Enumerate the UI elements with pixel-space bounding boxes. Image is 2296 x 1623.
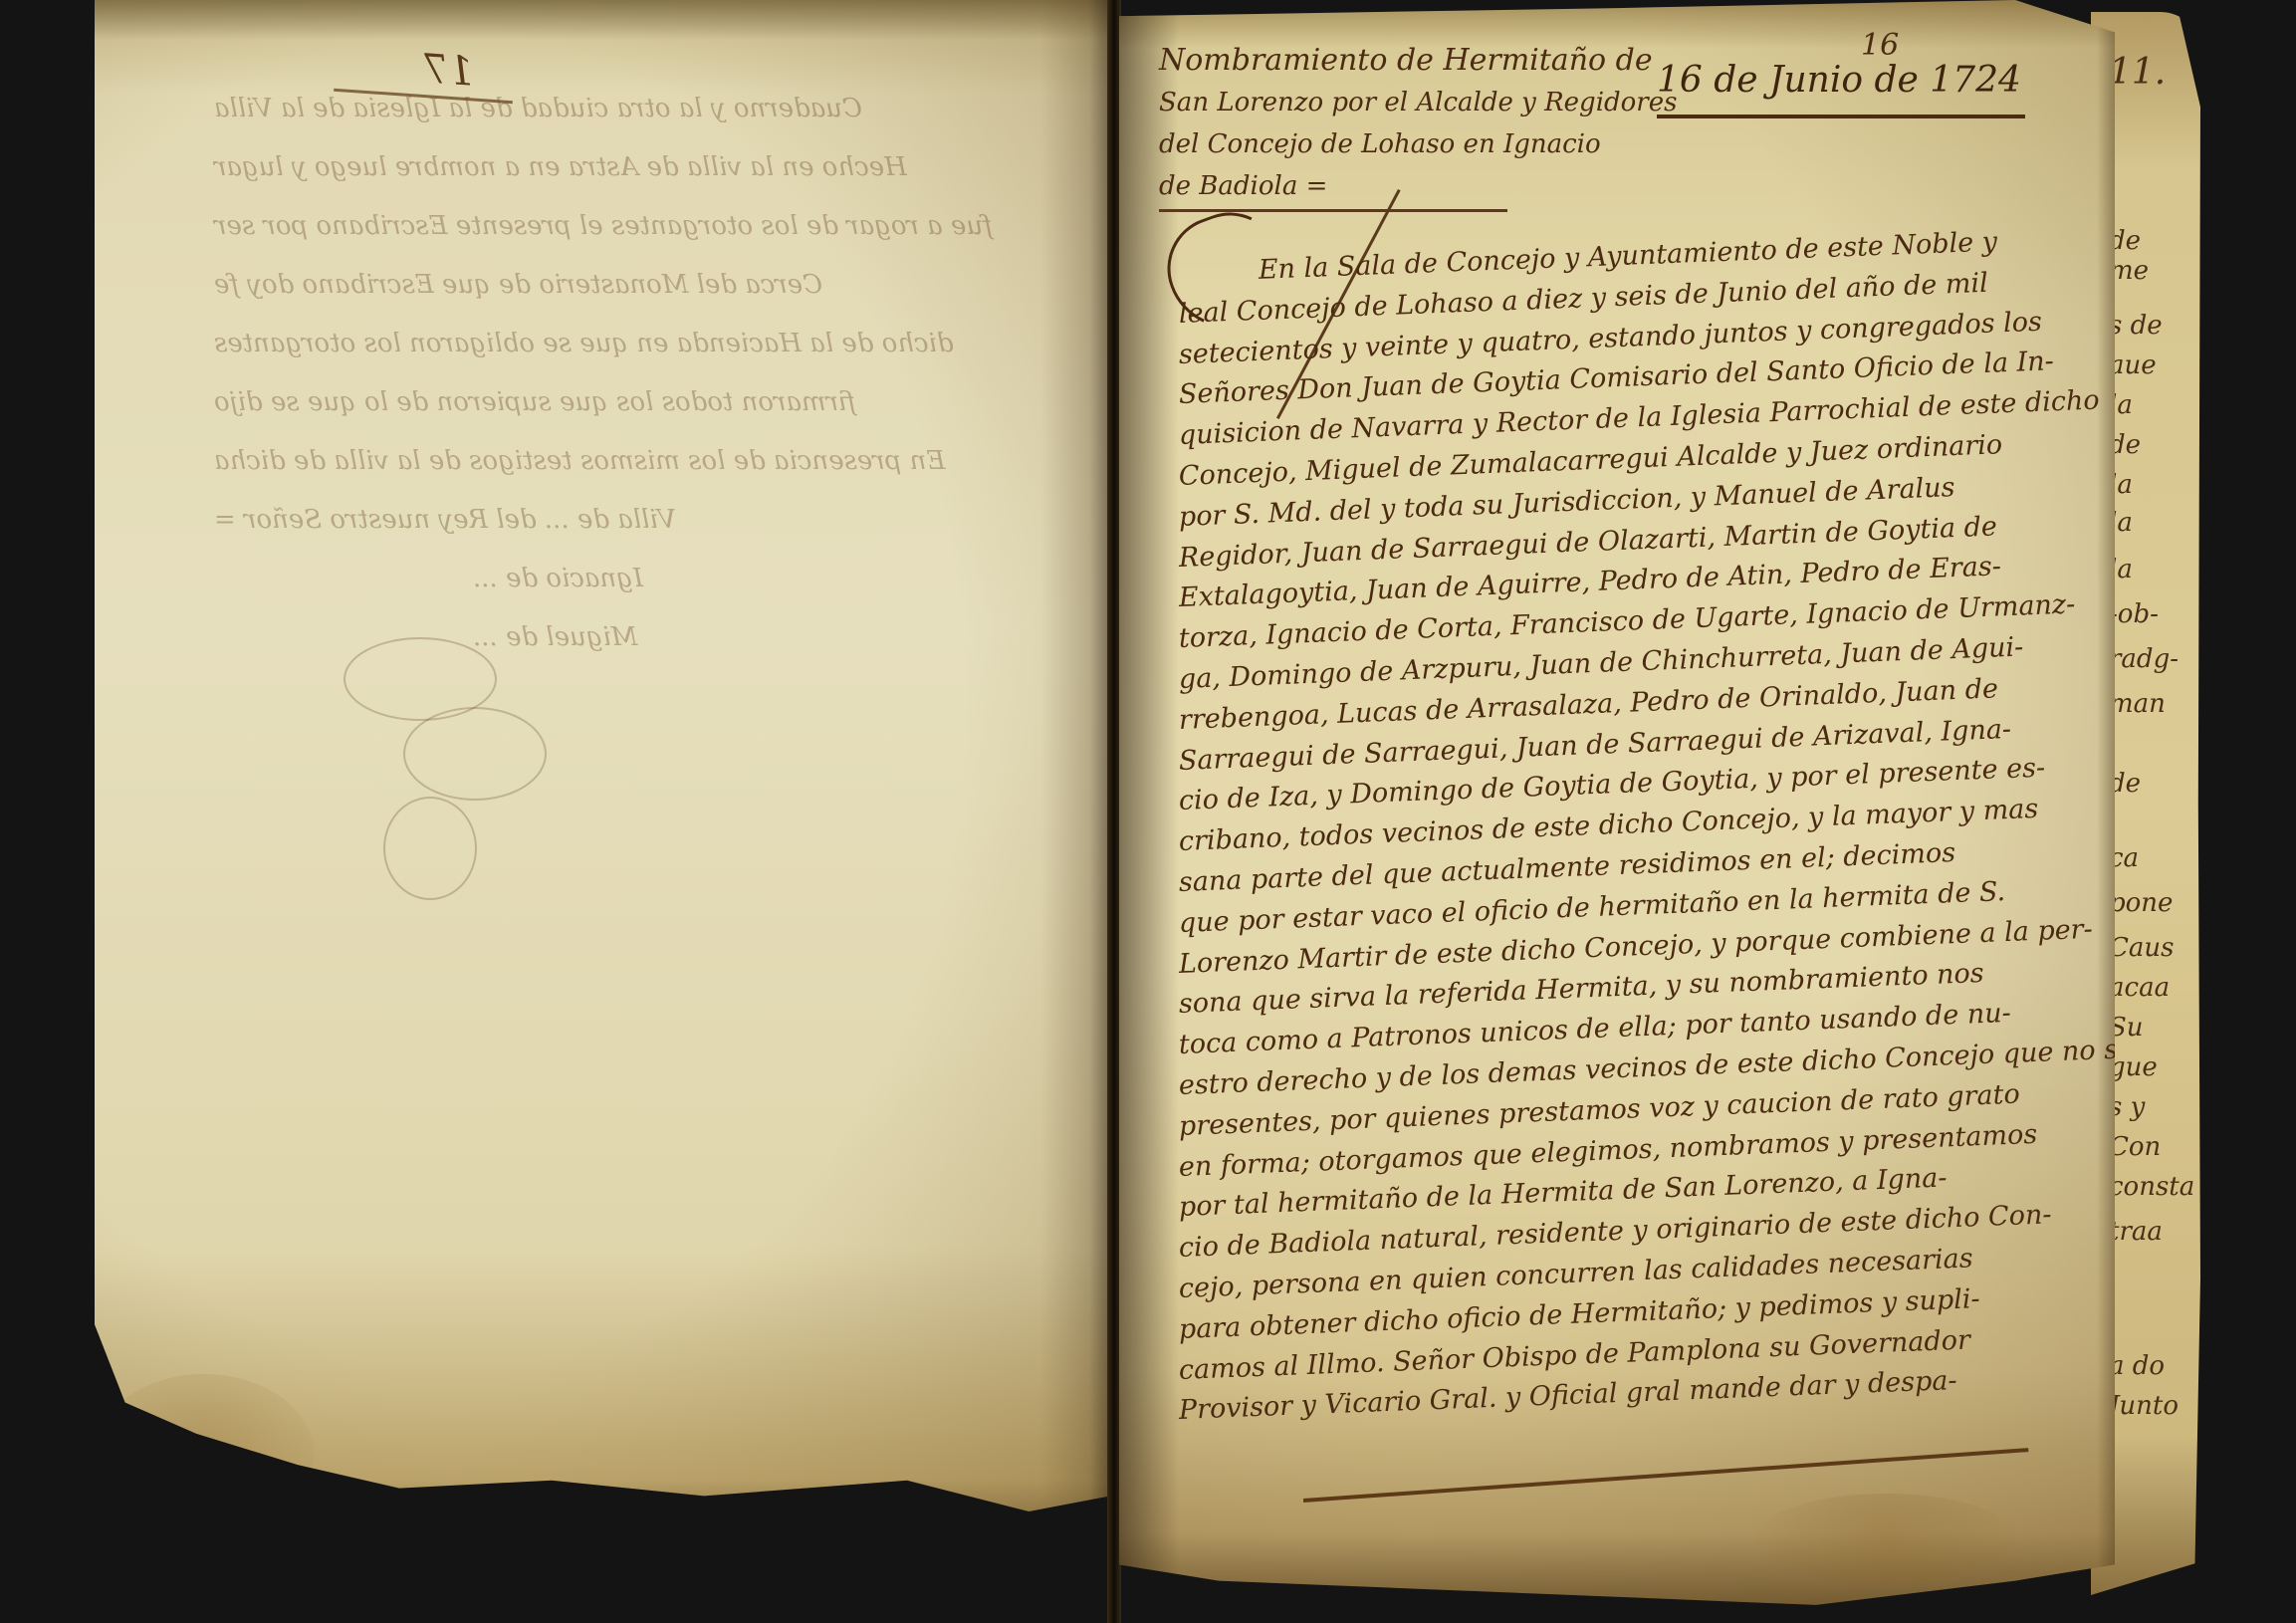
fragment: a do [2109, 1351, 2165, 1381]
document-body: En la Sala de Concejo y Ayuntamiento de … [1179, 254, 2075, 1432]
bleed-line: firmaron todos los que supieron de lo qu… [214, 373, 1050, 432]
fragment: acaa [2109, 973, 2170, 1003]
date-superscript: 16 [1861, 28, 1899, 63]
fragment: consta [2109, 1172, 2194, 1202]
bleed-line: En presencia de los mismos testigos de l… [214, 432, 1050, 491]
fragment: pone [2109, 888, 2173, 918]
fragment: Junto [2109, 1391, 2179, 1421]
water-stain [1756, 1494, 2015, 1583]
header-title-line: de Badiola = [1159, 165, 1637, 207]
fragment: -ob- [2109, 599, 2159, 629]
water-stain [95, 1374, 314, 1533]
document-header: Nombramiento de Hermitaño de San Lorenzo… [1159, 40, 1637, 207]
fragment: traa [2109, 1217, 2163, 1247]
header-title-line: Nombramiento de Hermitaño de [1159, 40, 1637, 82]
right-page: Nombramiento de Hermitaño de San Lorenzo… [1119, 0, 2115, 1613]
date-underline [1657, 115, 2025, 118]
fragment: Caus [2109, 933, 2174, 963]
header-underline [1159, 209, 1507, 212]
bleed-line: dicho de la Hacienda en que se obligaron… [214, 315, 1050, 373]
fragment: man [2109, 689, 2166, 719]
manuscript-spread: 17 Cuaderno y la otra ciudad de la Igles… [0, 0, 2296, 1623]
bleed-line: Cerca del Monasterio de que Escribano do… [214, 256, 1050, 315]
fragment: Con [2109, 1132, 2161, 1162]
book-gutter [1107, 0, 1121, 1623]
bleed-through-text: Cuaderno y la otra ciudad de la Iglesia … [214, 80, 1050, 667]
fragment: aue [2109, 350, 2157, 380]
signature-flourish [383, 797, 477, 900]
document-date: 16 de Junio de 1724 [1657, 60, 2021, 101]
bleed-line: fue a rogar de los otorgantes el present… [214, 197, 1050, 256]
bleed-line: Cuaderno y la otra ciudad de la Iglesia … [214, 80, 1050, 138]
header-title-line: San Lorenzo por el Alcalde y Regidores [1159, 82, 1637, 123]
bleed-through-signatures [324, 617, 622, 896]
fragment: radg- [2109, 644, 2179, 674]
right-page-gutter-shadow [1119, 0, 1179, 1613]
bleed-line: Villa de ... del Rey nuestro Señor = [214, 491, 1050, 550]
fragment: 11. [2109, 52, 2166, 93]
signature-flourish [403, 707, 547, 801]
fragment: s de [2109, 311, 2163, 341]
fragment: me [2109, 256, 2149, 286]
left-page-gutter-shadow [1040, 0, 1110, 1558]
left-page: 17 Cuaderno y la otra ciudad de la Igles… [95, 0, 1110, 1558]
fragment: gue [2109, 1052, 2158, 1082]
bleed-line: Hecho en la villa de Astra en a nombre l… [214, 138, 1050, 197]
header-title-line: del Concejo de Lohaso en Ignacio [1159, 123, 1637, 165]
bleed-line: Ignacio de ... [214, 550, 1050, 608]
right-page-edge [2097, 0, 2115, 1613]
left-page-top-edge [95, 0, 1110, 40]
